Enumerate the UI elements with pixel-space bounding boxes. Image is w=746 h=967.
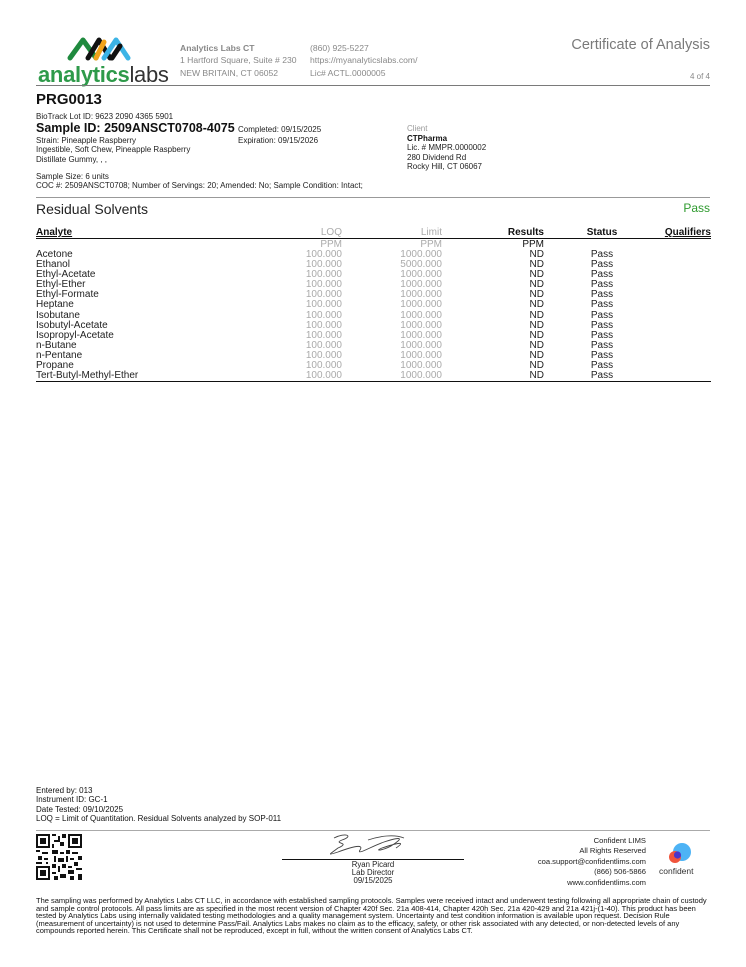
sample-category: Ingestible, Soft Chew, Pineapple Raspber… xyxy=(36,145,190,154)
lab-website-link[interactable]: https://myanalyticslabs.com/ xyxy=(310,54,417,66)
coc-details: COC #: 2509ANSCT0708; Number of Servings… xyxy=(36,181,363,190)
page-number: 4 of 4 xyxy=(690,72,710,81)
strain: Strain: Pineapple Raspberry xyxy=(36,136,190,145)
lims-info: Confident LIMS All Rights Reserved coa.s… xyxy=(538,836,646,888)
qualifiers-cell xyxy=(630,331,711,341)
status-cell: Pass xyxy=(544,341,630,351)
status-cell: Pass xyxy=(544,300,630,310)
header-analyte: Analyte xyxy=(36,227,236,239)
signature-date: 09/15/2025 xyxy=(282,877,464,885)
date-tested: Date Tested: 09/10/2025 xyxy=(36,805,281,814)
status-cell: Pass xyxy=(544,361,630,371)
header-divider xyxy=(36,85,710,86)
client-address-1: 280 Dividend Rd xyxy=(407,153,486,163)
qualifiers-cell xyxy=(630,351,711,361)
section-title: Residual Solvents xyxy=(36,201,148,217)
qualifiers-cell xyxy=(630,371,711,382)
biotrack-lot-id: BioTrack Lot ID: 9623 2090 4365 5901 xyxy=(36,112,173,121)
sample-size-info: Sample Size: 6 units COC #: 2509ANSCT070… xyxy=(36,172,363,190)
limit-cell: 1000.000 xyxy=(342,371,442,382)
qualifiers-cell xyxy=(630,260,711,270)
confident-circles-icon xyxy=(656,840,704,868)
signature-image-icon xyxy=(324,832,414,858)
header-qualifiers: Qualifiers xyxy=(630,227,711,239)
header-limit: Limit xyxy=(342,227,442,239)
qualifiers-cell xyxy=(630,300,711,310)
qualifiers-cell xyxy=(630,250,711,260)
result-cell: ND xyxy=(442,361,544,371)
qualifiers-cell xyxy=(630,321,711,331)
residual-solvents-table: Analyte LOQ Limit Results Status Qualifi… xyxy=(36,227,711,382)
results-unit: PPM xyxy=(442,239,544,251)
status-cell: Pass xyxy=(544,280,630,290)
lims-phone: (866) 506-5866 xyxy=(538,867,646,877)
confident-logo: confident xyxy=(656,840,704,880)
client-name: CTPharma xyxy=(407,134,486,144)
section-status-badge: Pass xyxy=(683,201,710,215)
sample-description: Strain: Pineapple Raspberry Ingestible, … xyxy=(36,136,190,164)
lab-phone: (860) 925-5227 xyxy=(310,42,417,54)
table-header-row: Analyte LOQ Limit Results Status Qualifi… xyxy=(36,227,711,239)
client-license: Lic. # MMPR.0000002 xyxy=(407,143,486,153)
result-cell: ND xyxy=(442,300,544,310)
client-address-2: Rocky Hill, CT 06067 xyxy=(407,162,486,172)
status-cell: Pass xyxy=(544,290,630,300)
analyte-cell: Tert-Butyl-Methyl-Ether xyxy=(36,371,236,382)
sample-id: Sample ID: 2509ANSCT0708-4075 xyxy=(36,121,235,135)
result-cell: ND xyxy=(442,280,544,290)
lab-address-1: 1 Hartford Square, Suite # 230 xyxy=(180,54,297,66)
result-cell: ND xyxy=(442,321,544,331)
sample-size: Sample Size: 6 units xyxy=(36,172,363,181)
qualifiers-cell xyxy=(630,270,711,280)
zigzag-logo-icon xyxy=(38,34,166,64)
status-cell: Pass xyxy=(544,371,630,382)
result-cell: ND xyxy=(442,311,544,321)
lims-website-link[interactable]: www.confidentlims.com xyxy=(538,878,646,888)
status-cell: Pass xyxy=(544,311,630,321)
completed-date: Completed: 09/15/2025 xyxy=(238,124,321,135)
header-status: Status xyxy=(544,227,630,239)
result-cell: ND xyxy=(442,270,544,280)
client-label: Client xyxy=(407,124,486,134)
status-cell: Pass xyxy=(544,260,630,270)
qualifiers-cell xyxy=(630,341,711,351)
product-code: PRG0013 xyxy=(36,91,102,108)
analytics-labs-logo: analyticslabs xyxy=(38,34,166,88)
disclaimer-text: The sampling was performed by Analytics … xyxy=(36,897,712,935)
header-results: Results xyxy=(442,227,544,239)
lims-email-link[interactable]: coa.support@confidentlims.com xyxy=(538,857,646,867)
status-cell: Pass xyxy=(544,331,630,341)
result-cell: ND xyxy=(442,331,544,341)
expiration-date: Expiration: 09/15/2026 xyxy=(238,135,321,146)
client-info: Client CTPharma Lic. # MMPR.0000002 280 … xyxy=(407,124,486,172)
loq-cell: 100.000 xyxy=(236,371,342,382)
logo-wordmark: analyticslabs xyxy=(38,64,169,86)
section-divider xyxy=(36,197,710,198)
entered-by: Entered by: 013 xyxy=(36,786,281,795)
test-notes: Entered by: 013 Instrument ID: GC-1 Date… xyxy=(36,786,281,824)
result-cell: ND xyxy=(442,341,544,351)
qualifiers-cell xyxy=(630,361,711,371)
signature-block: Ryan Picard Lab Director 09/15/2025 xyxy=(282,832,464,885)
lab-name: Analytics Labs CT xyxy=(180,42,297,54)
qualifiers-cell xyxy=(630,311,711,321)
table-row: Tert-Butyl-Methyl-Ether100.0001000.000ND… xyxy=(36,371,711,382)
loq-note: LOQ = Limit of Quantitation. Residual So… xyxy=(36,814,281,823)
status-cell: Pass xyxy=(544,321,630,331)
status-cell: Pass xyxy=(544,250,630,260)
instrument-id: Instrument ID: GC-1 xyxy=(36,795,281,804)
qualifiers-cell xyxy=(630,280,711,290)
table-body: Acetone100.0001000.000NDPassEthanol100.0… xyxy=(36,250,711,382)
header-loq: LOQ xyxy=(236,227,342,239)
qualifiers-cell xyxy=(630,290,711,300)
status-cell: Pass xyxy=(544,270,630,280)
lab-contact: (860) 925-5227 https://myanalyticslabs.c… xyxy=(310,42,417,79)
lab-license: Lic# ACTL.0000005 xyxy=(310,67,417,79)
confident-wordmark: confident xyxy=(659,866,694,876)
result-cell: ND xyxy=(442,290,544,300)
document-title: Certificate of Analysis xyxy=(571,37,710,53)
lab-info: Analytics Labs CT 1 Hartford Square, Sui… xyxy=(180,42,297,79)
lims-rights: All Rights Reserved xyxy=(538,846,646,856)
lims-name: Confident LIMS xyxy=(538,836,646,846)
lab-address-2: NEW BRITAIN, CT 06052 xyxy=(180,67,297,79)
result-cell: ND xyxy=(442,250,544,260)
sample-type: Distillate Gummy, , , xyxy=(36,155,190,164)
sample-dates: Completed: 09/15/2025 Expiration: 09/15/… xyxy=(238,124,321,146)
footer-divider xyxy=(36,830,710,831)
result-cell: ND xyxy=(442,371,544,382)
result-cell: ND xyxy=(442,351,544,361)
result-cell: ND xyxy=(442,260,544,270)
qr-code-icon[interactable] xyxy=(36,834,82,880)
status-cell: Pass xyxy=(544,351,630,361)
